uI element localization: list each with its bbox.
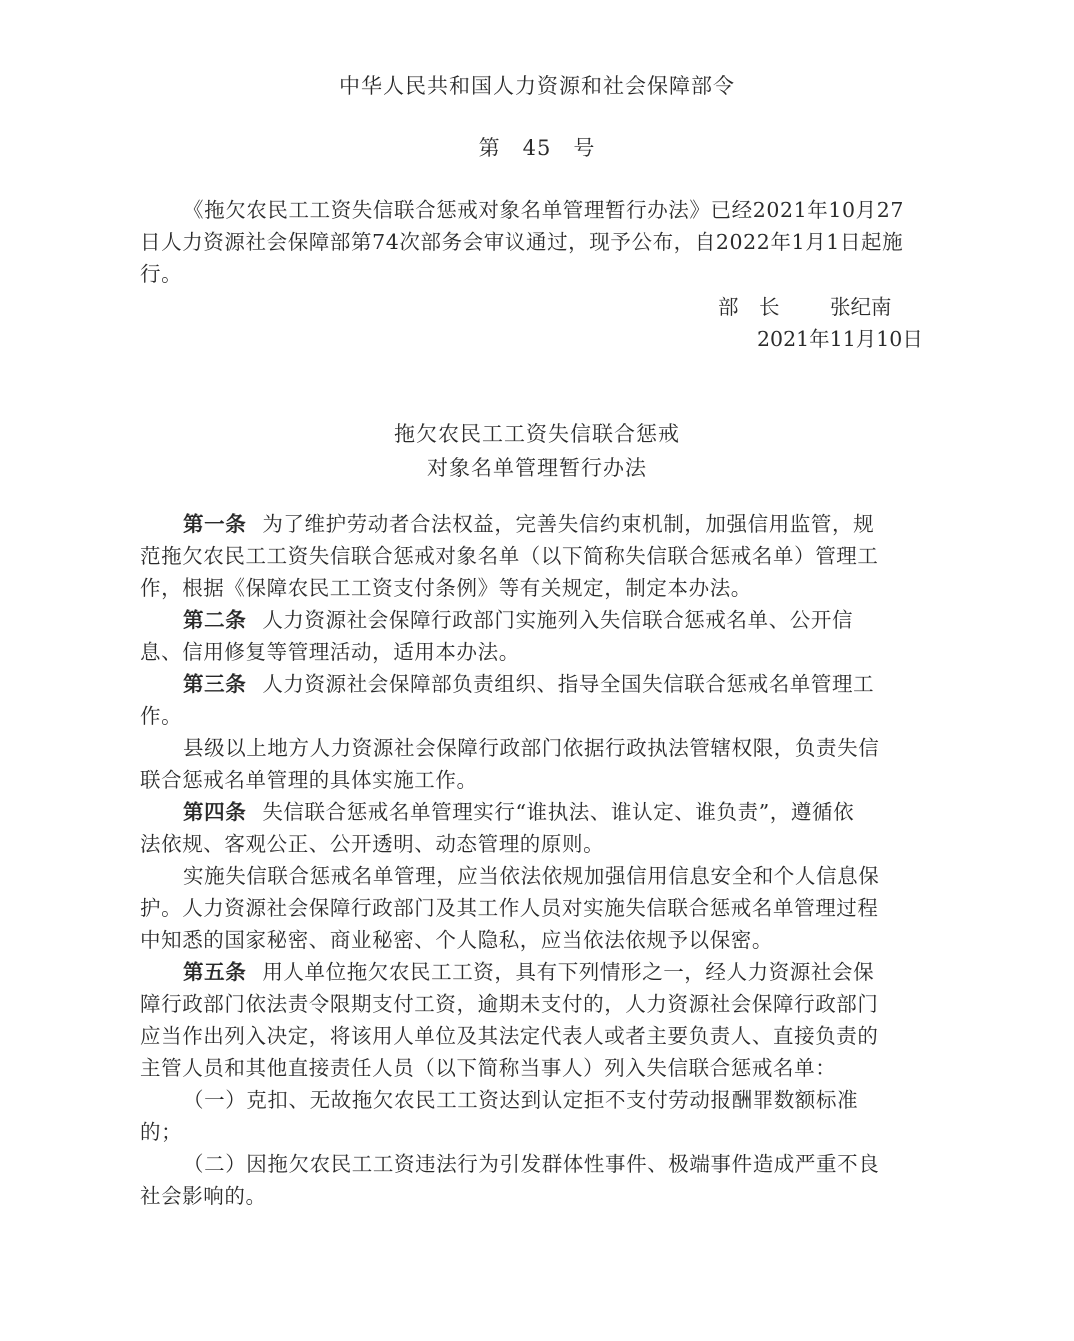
article-line: 作。 xyxy=(140,702,945,730)
article-line: 作，根据《保障农民工工资支付条例》等有关规定，制定本办法。 xyxy=(140,574,945,602)
article-label: 第五条 xyxy=(183,960,246,984)
article-line: 息、信用修复等管理活动，适用本办法。 xyxy=(140,638,945,666)
paragraph-line: 护。人力资源社会保障行政部门及其工作人员对实施失信联合惩戒名单管理过程 xyxy=(140,894,945,922)
signatory-title: 部 长 xyxy=(718,290,780,320)
article-5: 第五条用人单位拖欠农民工工资，具有下列情形之一，经人力资源社会保 xyxy=(183,958,945,986)
article-1: 第一条为了维护劳动者合法权益，完善失信约束机制，加强信用监管，规 xyxy=(183,510,945,538)
article-line: 法依规、客观公正、公开透明、动态管理的原则。 xyxy=(140,830,945,858)
decree-number: 第 45 号 xyxy=(0,132,1074,162)
regulation-title-line1: 拖欠农民工工资失信联合惩戒 xyxy=(0,418,1074,448)
article-line: 障行政部门依法责令限期支付工资，逾期未支付的，人力资源社会保障行政部门 xyxy=(140,990,945,1018)
article-line: 主管人员和其他直接责任人员（以下简称当事人）列入失信联合惩戒名单： xyxy=(140,1054,945,1082)
list-item-line: 社会影响的。 xyxy=(140,1182,945,1210)
signing-date: 2021年11月10日 xyxy=(757,322,923,352)
paragraph-line: 实施失信联合惩戒名单管理，应当依法依规加强信用信息安全和个人信息保 xyxy=(183,862,945,890)
list-item-line: 的； xyxy=(140,1118,945,1146)
article-3: 第三条人力资源社会保障部负责组织、指导全国失信联合惩戒名单管理工 xyxy=(183,670,945,698)
signatory-name: 张纪南 xyxy=(830,290,892,320)
list-item-2: （二）因拖欠农民工工资违法行为引发群体性事件、极端事件造成严重不良 xyxy=(183,1150,945,1178)
article-line: 范拖欠农民工工资失信联合惩戒对象名单（以下简称失信联合惩戒名单）管理工 xyxy=(140,542,945,570)
article-label: 第三条 xyxy=(183,672,246,696)
article-label: 第四条 xyxy=(183,800,246,824)
article-label: 第一条 xyxy=(183,512,246,536)
article-2: 第二条人力资源社会保障行政部门实施列入失信联合惩戒名单、公开信 xyxy=(183,606,945,634)
article-4: 第四条失信联合惩戒名单管理实行“谁执法、谁认定、谁负责”，遵循依 xyxy=(183,798,945,826)
regulation-title-line2: 对象名单管理暂行办法 xyxy=(0,452,1074,482)
article-label: 第二条 xyxy=(183,608,246,632)
paragraph-line: 中知悉的国家秘密、商业秘密、个人隐私，应当依法依规予以保密。 xyxy=(140,926,945,954)
paragraph-line: 联合惩戒名单管理的具体实施工作。 xyxy=(140,766,945,794)
promulgation-line: 行。 xyxy=(140,260,945,288)
document-page: 中华人民共和国人力资源和社会保障部令 第 45 号 《拖欠农民工工资失信联合惩戒… xyxy=(0,0,1074,1341)
promulgation-line: 《拖欠农民工工资失信联合惩戒对象名单管理暂行办法》已经2021年10月27 xyxy=(183,196,945,224)
list-item-1: （一）克扣、无故拖欠农民工工资达到认定拒不支付劳动报酬罪数额标准 xyxy=(183,1086,945,1114)
article-line: 应当作出列入决定，将该用人单位及其法定代表人或者主要负责人、直接负责的 xyxy=(140,1022,945,1050)
promulgation-line: 日人力资源社会保障部第74次部务会审议通过，现予公布，自2022年1月1日起施 xyxy=(140,228,945,256)
decree-title: 中华人民共和国人力资源和社会保障部令 xyxy=(0,70,1074,100)
paragraph-line: 县级以上地方人力资源社会保障行政部门依据行政执法管辖权限，负责失信 xyxy=(183,734,945,762)
